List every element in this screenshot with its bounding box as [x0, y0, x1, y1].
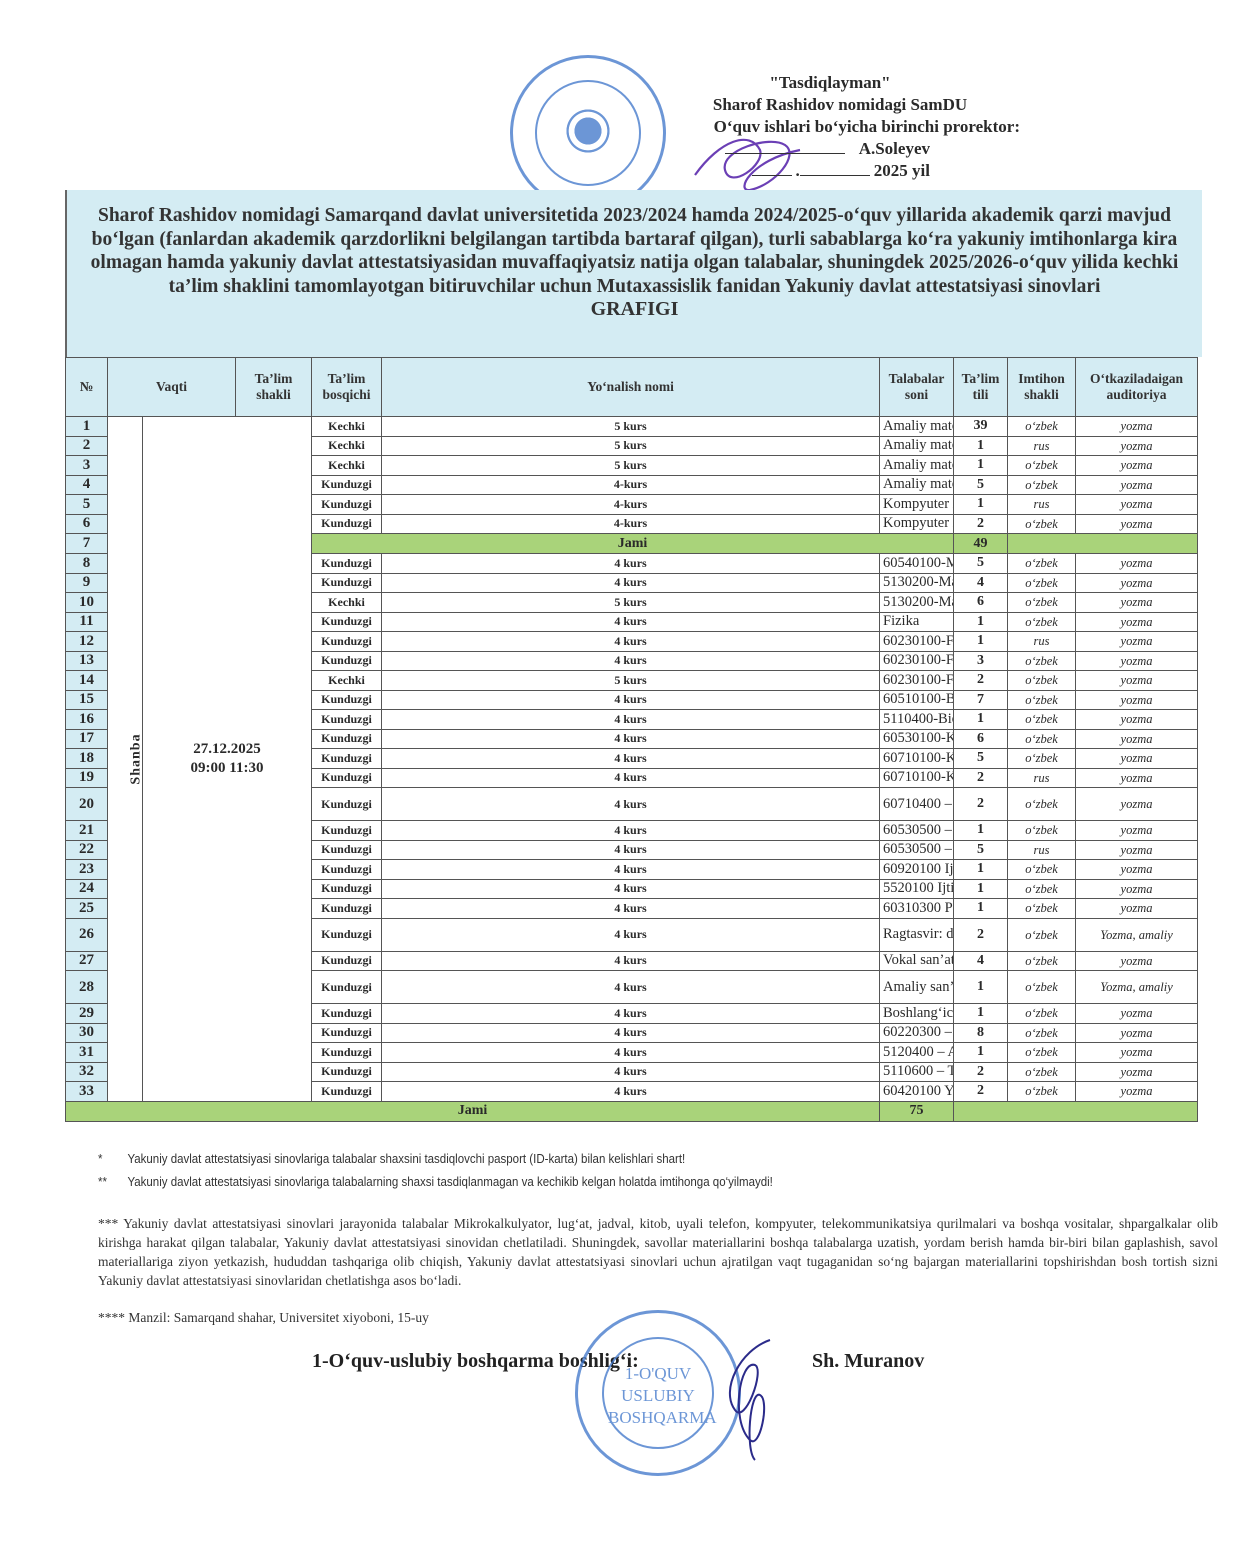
talim-tili: o‘zbek — [1008, 573, 1076, 593]
imtihon-shakli: yozma — [1076, 651, 1198, 671]
row-number: 20 — [66, 788, 108, 821]
talim-tili: o‘zbek — [1008, 899, 1076, 919]
imtihon-shakli: yozma — [1076, 417, 1198, 437]
talim-bosqichi: 4 kurs — [382, 573, 880, 593]
col-vaqti: Vaqti — [108, 358, 236, 417]
imtihon-shakli: yozma — [1076, 879, 1198, 899]
talim-bosqichi: 4 kurs — [382, 690, 880, 710]
talabalar-soni: 2 — [954, 918, 1008, 951]
talim-tili: o‘zbek — [1008, 651, 1076, 671]
imtihon-shakli: yozma — [1076, 1082, 1198, 1102]
talim-shakli: Kunduzgi — [312, 1043, 382, 1063]
imtihon-shakli: yozma — [1076, 632, 1198, 652]
exam-date: 27.12.2025 — [146, 740, 308, 759]
imtihon-shakli: yozma — [1076, 1004, 1198, 1024]
talim-bosqichi: 4 kurs — [382, 651, 880, 671]
row-number: 27 — [66, 951, 108, 971]
talabalar-soni: 1 — [954, 879, 1008, 899]
stamp-line: BOSHQARMA — [608, 1407, 708, 1429]
talim-tili: o‘zbek — [1008, 918, 1076, 951]
imtihon-shakli: yozma — [1076, 710, 1198, 730]
document-subtitle: GRAFIGI — [77, 298, 1192, 322]
col-talabalar: Talabalar soni — [880, 358, 954, 417]
yonalish-nomi: 60220300 – Tarix (mamlakatlar va yo‘nali… — [880, 1023, 954, 1043]
talabalar-soni: 8 — [954, 1023, 1008, 1043]
yonalish-nomi: 5110600 – Tarix — [880, 1062, 954, 1082]
talabalar-soni: 5 — [954, 475, 1008, 495]
row-number: 23 — [66, 860, 108, 880]
row-number: 26 — [66, 918, 108, 951]
yonalish-nomi: 60920100 Ijtimoiy ish (oila va bolalar b… — [880, 860, 954, 880]
talabalar-soni: 1 — [954, 899, 1008, 919]
yonalish-nomi: Amaliy matematika va informatika — [880, 436, 954, 456]
talim-shakli: Kechki — [312, 417, 382, 437]
row-number: 25 — [66, 899, 108, 919]
footer-name: Sh. Muranov — [812, 1350, 924, 1373]
imtihon-shakli: Yozma, amaliy — [1076, 971, 1198, 1004]
imtihon-shakli: yozma — [1076, 840, 1198, 860]
talim-bosqichi: 4 kurs — [382, 710, 880, 730]
talim-bosqichi: 4 kurs — [382, 918, 880, 951]
talabalar-soni: 1 — [954, 1043, 1008, 1063]
row-number: 4 — [66, 475, 108, 495]
imtihon-shakli: yozma — [1076, 690, 1198, 710]
imtihon-shakli: yozma — [1076, 729, 1198, 749]
talabalar-soni: 1 — [954, 860, 1008, 880]
talim-tili: rus — [1008, 632, 1076, 652]
talim-shakli: Kunduzgi — [312, 573, 382, 593]
note-1: *Yakuniy davlat attestatsiyasi sinovlari… — [98, 1150, 1128, 1169]
col-yonalish: Yo‘nalish nomi — [382, 358, 880, 417]
yonalish-nomi: Kompyuter ilmlari va dasturlash texnolog… — [880, 495, 954, 515]
subtotal-label: Jami — [312, 534, 954, 554]
talim-shakli: Kunduzgi — [312, 749, 382, 769]
yonalish-nomi: Amaliy matematika 2025/2026-o'quv yili b… — [880, 417, 954, 437]
yonalish-nomi: Kompyuter ilmlari va dasturlash texnolog… — [880, 514, 954, 534]
yonalish-nomi: 60710400 – Ekologiya va atrof-muhit muho… — [880, 788, 954, 821]
talim-bosqichi: 4-kurs — [382, 495, 880, 515]
talabalar-soni: 2 — [954, 671, 1008, 691]
talim-bosqichi: 4-kurs — [382, 475, 880, 495]
total-value: 75 — [880, 1101, 954, 1121]
yonalish-nomi: 60710100-Kimyoviy texnologiya(ishlab chi… — [880, 749, 954, 769]
talabalar-soni: 2 — [954, 514, 1008, 534]
talim-tili: o‘zbek — [1008, 1062, 1076, 1082]
talabalar-soni: 5 — [954, 840, 1008, 860]
talim-shakli: Kunduzgi — [312, 475, 382, 495]
talabalar-soni: 1 — [954, 436, 1008, 456]
row-number: 24 — [66, 879, 108, 899]
talim-bosqichi: 4-kurs — [382, 514, 880, 534]
imtihon-shakli: yozma — [1076, 749, 1198, 769]
row-number: 12 — [66, 632, 108, 652]
yonalish-nomi: 5520100 Ijtimoiy ish (oila va bolalar bi… — [880, 879, 954, 899]
row-number: 21 — [66, 821, 108, 841]
talim-bosqichi: 4 kurs — [382, 612, 880, 632]
row-number: 22 — [66, 840, 108, 860]
talim-bosqichi: 4 kurs — [382, 1082, 880, 1102]
talabalar-soni: 6 — [954, 593, 1008, 613]
imtihon-shakli: yozma — [1076, 554, 1198, 574]
yonalish-nomi: Fizika — [880, 612, 954, 632]
talim-tili: o‘zbek — [1008, 729, 1076, 749]
talim-shakli: Kunduzgi — [312, 788, 382, 821]
talim-tili: rus — [1008, 436, 1076, 456]
talim-tili: o‘zbek — [1008, 612, 1076, 632]
talim-tili: o‘zbek — [1008, 951, 1076, 971]
talim-tili: o‘zbek — [1008, 821, 1076, 841]
yonalish-nomi: 5120400 – Arxeologiya — [880, 1043, 954, 1063]
talim-bosqichi: 4 kurs — [382, 1004, 880, 1024]
talim-shakli: Kunduzgi — [312, 554, 382, 574]
talabalar-soni: 1 — [954, 495, 1008, 515]
stamp-line: USLUBIY — [608, 1385, 708, 1407]
talabalar-soni: 1 — [954, 612, 1008, 632]
exam-day: Shanba — [108, 417, 143, 1102]
talim-bosqichi: 4 kurs — [382, 879, 880, 899]
talim-shakli: Kunduzgi — [312, 612, 382, 632]
talim-bosqichi: 4 kurs — [382, 951, 880, 971]
talim-shakli: Kunduzgi — [312, 768, 382, 788]
talim-bosqichi: 4 kurs — [382, 1062, 880, 1082]
row-number: 6 — [66, 514, 108, 534]
talim-tili: o‘zbek — [1008, 417, 1076, 437]
col-auditoriya: O‘tkaziladaigan auditoriya — [1076, 358, 1198, 417]
talabalar-soni: 4 — [954, 573, 1008, 593]
yonalish-nomi: 60510100-Biologiya(turlari bo‘yicha) — [880, 690, 954, 710]
row-number: 32 — [66, 1062, 108, 1082]
talim-bosqichi: 4 kurs — [382, 729, 880, 749]
yonalish-nomi: 60230100-Filologiya va tillarni o‘qitish… — [880, 671, 954, 691]
talim-bosqichi: 4 kurs — [382, 821, 880, 841]
talim-bosqichi: 5 kurs — [382, 456, 880, 476]
row-number: 18 — [66, 749, 108, 769]
talim-shakli: Kunduzgi — [312, 899, 382, 919]
talim-shakli: Kunduzgi — [312, 821, 382, 841]
imtihon-shakli: yozma — [1076, 436, 1198, 456]
talim-tili: o‘zbek — [1008, 475, 1076, 495]
imtihon-shakli: yozma — [1076, 1023, 1198, 1043]
subtotal-value: 49 — [954, 534, 1008, 554]
talim-bosqichi: 5 kurs — [382, 593, 880, 613]
imtihon-shakli: yozma — [1076, 573, 1198, 593]
talim-tili: o‘zbek — [1008, 1043, 1076, 1063]
talabalar-soni: 1 — [954, 971, 1008, 1004]
talim-shakli: Kunduzgi — [312, 1004, 382, 1024]
row-number: 15 — [66, 690, 108, 710]
talim-shakli: Kunduzgi — [312, 951, 382, 971]
talim-shakli: Kunduzgi — [312, 840, 382, 860]
approval-title: "Tasdiqlayman" — [600, 72, 1020, 94]
talabalar-soni: 2 — [954, 1082, 1008, 1102]
yonalish-nomi: Boshlang‘ich talim — [880, 1004, 954, 1024]
imtihon-shakli: yozma — [1076, 475, 1198, 495]
talim-shakli: Kechki — [312, 593, 382, 613]
talim-tili: o‘zbek — [1008, 971, 1076, 1004]
talim-bosqichi: 4 kurs — [382, 1043, 880, 1063]
talabalar-soni: 2 — [954, 768, 1008, 788]
imtihon-shakli: yozma — [1076, 951, 1198, 971]
yonalish-nomi: 5130200-Matematika va informatika — [880, 573, 954, 593]
row-number: 31 — [66, 1043, 108, 1063]
imtihon-shakli: yozma — [1076, 456, 1198, 476]
talim-tili: o‘zbek — [1008, 514, 1076, 534]
talabalar-soni: 2 — [954, 1062, 1008, 1082]
row-number: 16 — [66, 710, 108, 730]
approval-year: 2025 yil — [874, 161, 930, 180]
talim-bosqichi: 4 kurs — [382, 840, 880, 860]
col-talim-shakli: Ta’lim shakli — [236, 358, 312, 417]
talim-shakli: Kunduzgi — [312, 632, 382, 652]
talabalar-soni: 6 — [954, 729, 1008, 749]
talim-tili: o‘zbek — [1008, 1023, 1076, 1043]
talabalar-soni: 39 — [954, 417, 1008, 437]
imtihon-shakli: yozma — [1076, 821, 1198, 841]
row-number: 11 — [66, 612, 108, 632]
yonalish-nomi: Ragtasvir: dastgohli — [880, 918, 954, 951]
imtihon-shakli: yozma — [1076, 612, 1198, 632]
talabalar-soni: 2 — [954, 788, 1008, 821]
talim-shakli: Kunduzgi — [312, 690, 382, 710]
talim-shakli: Kunduzgi — [312, 729, 382, 749]
row-number: 5 — [66, 495, 108, 515]
talim-shakli: Kunduzgi — [312, 495, 382, 515]
imtihon-shakli: Yozma, amaliy — [1076, 918, 1198, 951]
yonalish-nomi: Vokal san’ati: ananaviy xonandalik — [880, 951, 954, 971]
imtihon-shakli: yozma — [1076, 768, 1198, 788]
talim-tili: o‘zbek — [1008, 456, 1076, 476]
grand-total-row: Jami 75 — [66, 1101, 1198, 1121]
talabalar-soni: 5 — [954, 749, 1008, 769]
talim-shakli: Kunduzgi — [312, 860, 382, 880]
talim-bosqichi: 5 kurs — [382, 417, 880, 437]
talim-tili: o‘zbek — [1008, 1004, 1076, 1024]
imtihon-shakli: yozma — [1076, 860, 1198, 880]
talim-bosqichi: 4 kurs — [382, 768, 880, 788]
talim-bosqichi: 4 kurs — [382, 860, 880, 880]
row-number: 17 — [66, 729, 108, 749]
row-number: 10 — [66, 593, 108, 613]
yonalish-nomi: 60310300 Psixologiya (amaliy psixologiya… — [880, 899, 954, 919]
subtotal-filler — [1008, 534, 1198, 554]
talim-tili: rus — [1008, 840, 1076, 860]
row-number: 3 — [66, 456, 108, 476]
row-number: 9 — [66, 573, 108, 593]
talim-tili: o‘zbek — [1008, 860, 1076, 880]
yonalish-nomi: 60710100-Kimyoviy texnologiya(ishlab chi… — [880, 768, 954, 788]
note-2: **Yakuniy davlat attestatsiyasi sinovlar… — [98, 1173, 1128, 1192]
imtihon-shakli: yozma — [1076, 1043, 1198, 1063]
talim-bosqichi: 4 kurs — [382, 632, 880, 652]
date-month-line — [800, 161, 870, 176]
footer-position: 1-O‘quv-uslubiy boshqarma boshlig‘i: — [312, 1350, 639, 1373]
talim-shakli: Kechki — [312, 456, 382, 476]
talabalar-soni: 7 — [954, 690, 1008, 710]
row-number: 2 — [66, 436, 108, 456]
talim-shakli: Kunduzgi — [312, 971, 382, 1004]
talabalar-soni: 3 — [954, 651, 1008, 671]
row-number: 7 — [66, 534, 108, 554]
yonalish-nomi: Amaliy san’at: badiy kulolchilik — [880, 971, 954, 1004]
talim-bosqichi: 4 kurs — [382, 554, 880, 574]
talim-bosqichi: 4 kurs — [382, 1023, 880, 1043]
yonalish-nomi: 60230100-Filologiya va tillarni o‘qitish… — [880, 632, 954, 652]
note-4-address: **** Manzil: Samarqand shahar, Universit… — [98, 1308, 1218, 1327]
row-number: 8 — [66, 554, 108, 574]
row-number: 33 — [66, 1082, 108, 1102]
talim-bosqichi: 4 kurs — [382, 788, 880, 821]
talim-tili: o‘zbek — [1008, 1082, 1076, 1102]
imtihon-shakli: yozma — [1076, 1062, 1198, 1082]
table-row: 1Shanba27.12.202509:00 11:30Kechki5 kurs… — [66, 417, 1198, 437]
yonalish-nomi: 60540100-Matematika — [880, 554, 954, 574]
row-number: 13 — [66, 651, 108, 671]
yonalish-nomi: Amaliy matematika — [880, 475, 954, 495]
notes-section: *Yakuniy davlat attestatsiyasi sinovlari… — [98, 1150, 1218, 1327]
official-stamp-bottom: 1-O'QUVUSLUBIYBOSHQARMA — [575, 1310, 741, 1476]
talim-tili: o‘zbek — [1008, 593, 1076, 613]
talim-bosqichi: 4 kurs — [382, 749, 880, 769]
yonalish-nomi: 60420100 Yurisprudensiya (faoliyat turla… — [880, 1082, 954, 1102]
talim-bosqichi: 4 kurs — [382, 899, 880, 919]
row-number: 19 — [66, 768, 108, 788]
talim-tili: o‘zbek — [1008, 749, 1076, 769]
talabalar-soni: 4 — [954, 951, 1008, 971]
talabalar-soni: 5 — [954, 554, 1008, 574]
date-day-line — [752, 161, 792, 176]
imtihon-shakli: yozma — [1076, 495, 1198, 515]
exam-datetime: 27.12.202509:00 11:30 — [143, 417, 312, 1102]
total-filler — [954, 1101, 1198, 1121]
exam-schedule-table: № Vaqti Ta’lim shakli Ta’lim bosqichi Yo… — [65, 357, 1198, 1122]
talim-shakli: Kunduzgi — [312, 1082, 382, 1102]
talabalar-soni: 1 — [954, 710, 1008, 730]
row-number: 14 — [66, 671, 108, 691]
talabalar-soni: 1 — [954, 456, 1008, 476]
imtihon-shakli: yozma — [1076, 788, 1198, 821]
yonalish-nomi: 5110400-Biologiya — [880, 710, 954, 730]
talabalar-soni: 1 — [954, 632, 1008, 652]
document-title: Sharof Rashidov nomidagi Samarqand davla… — [77, 204, 1192, 298]
yonalish-nomi: 60230100-Filologiya va tillarni o‘qitish… — [880, 651, 954, 671]
row-number: 29 — [66, 1004, 108, 1024]
yonalish-nomi: 60530500 – Geologiya (faoliyat sohasi bo… — [880, 821, 954, 841]
col-talim-tili: Ta’lim tili — [954, 358, 1008, 417]
talim-shakli: Kunduzgi — [312, 1062, 382, 1082]
talim-shakli: Kunduzgi — [312, 651, 382, 671]
approval-position: O‘quv ishlari bo‘yicha birinchi prorekto… — [600, 116, 1020, 138]
row-number: 1 — [66, 417, 108, 437]
talim-shakli: Kunduzgi — [312, 514, 382, 534]
talim-tili: o‘zbek — [1008, 554, 1076, 574]
yonalish-nomi: 5130200-Matematika va informatika — [880, 593, 954, 613]
exam-time: 09:00 11:30 — [146, 759, 308, 778]
talim-tili: rus — [1008, 495, 1076, 515]
yonalish-nomi: 60530500 – Geologiya (faoliyat sohasi bo… — [880, 840, 954, 860]
talim-shakli: Kechki — [312, 671, 382, 691]
note-3: *** Yakuniy davlat attestatsiyasi sinovl… — [98, 1214, 1218, 1290]
talim-shakli: Kunduzgi — [312, 918, 382, 951]
talim-bosqichi: 5 kurs — [382, 436, 880, 456]
signature-icon — [710, 1330, 790, 1470]
talim-tili: o‘zbek — [1008, 710, 1076, 730]
talim-tili: o‘zbek — [1008, 671, 1076, 691]
talim-tili: o‘zbek — [1008, 788, 1076, 821]
approval-block: "Tasdiqlayman" Sharof Rashidov nomidagi … — [600, 72, 1020, 182]
imtihon-shakli: yozma — [1076, 899, 1198, 919]
talim-tili: o‘zbek — [1008, 879, 1076, 899]
col-imtihon: Imtihon shakli — [1008, 358, 1076, 417]
imtihon-shakli: yozma — [1076, 671, 1198, 691]
yonalish-nomi: 60530100-Kimyo(turlari bo‘yicha) — [880, 729, 954, 749]
talim-bosqichi: 5 kurs — [382, 671, 880, 691]
talim-shakli: Kunduzgi — [312, 1023, 382, 1043]
talim-shakli: Kunduzgi — [312, 879, 382, 899]
yonalish-nomi: Amaliy matematika — [880, 456, 954, 476]
talim-shakli: Kechki — [312, 436, 382, 456]
table-header-row: № Vaqti Ta’lim shakli Ta’lim bosqichi Yo… — [66, 358, 1198, 417]
document-header: Sharof Rashidov nomidagi Samarqand davla… — [65, 190, 1202, 357]
imtihon-shakli: yozma — [1076, 593, 1198, 613]
approval-name: A.Soleyev — [859, 139, 930, 158]
row-number: 30 — [66, 1023, 108, 1043]
talim-bosqichi: 4 kurs — [382, 971, 880, 1004]
talim-shakli: Kunduzgi — [312, 710, 382, 730]
col-no: № — [66, 358, 108, 417]
talabalar-soni: 1 — [954, 821, 1008, 841]
approval-university: Sharof Rashidov nomidagi SamDU — [600, 94, 1020, 116]
talabalar-soni: 1 — [954, 1004, 1008, 1024]
signature-line — [725, 139, 845, 154]
talim-tili: o‘zbek — [1008, 690, 1076, 710]
talim-tili: rus — [1008, 768, 1076, 788]
imtihon-shakli: yozma — [1076, 514, 1198, 534]
row-number: 28 — [66, 971, 108, 1004]
col-talim-bosqichi: Ta’lim bosqichi — [312, 358, 382, 417]
total-label: Jami — [66, 1101, 880, 1121]
